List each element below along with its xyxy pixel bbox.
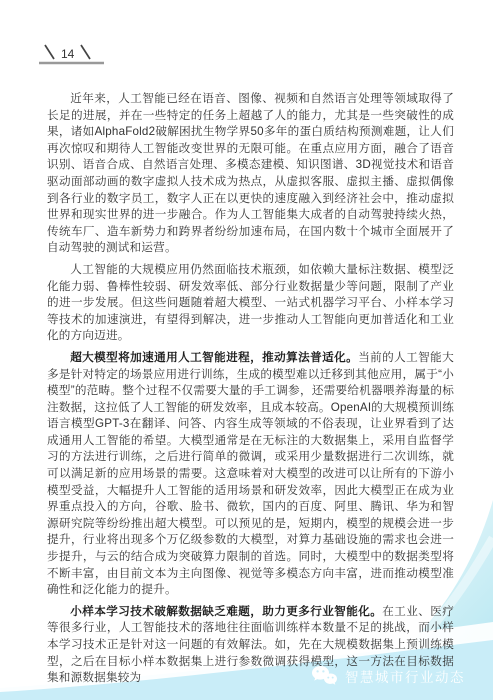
article-body: 近年来，人工智能已经在语音、图像、视频和自然语言处理等领域取得了长足的进展，并在… [47, 91, 454, 692]
paragraph-bold-lead: 小样本学习技术破解数据缺乏难题，助力更多行业智能化。 [70, 605, 382, 618]
wechat-logo-icon [311, 665, 338, 686]
paragraph-bottleneck: 人工智能的大规模应用仍然面临技术瓶颈，如依赖大量标注数据、模型泛化能力弱、鲁棒性… [47, 262, 454, 345]
page-number-text: 14 [61, 47, 75, 61]
paragraph-bold-lead: 超大模型将加速通用人工智能进程，推动算法普适化。 [70, 351, 358, 364]
footer-brand: 智慧城市行业动态 [311, 665, 465, 686]
slash-ornament-right [81, 45, 90, 59]
slash-ornament-left [45, 45, 54, 59]
paragraph-text: 当前的人工智能大多是针对特定的场景应用进行训练，生成的模型难以迁移到其他应用，属… [47, 351, 454, 596]
page-number: 14 [38, 40, 110, 68]
paragraph-large-models: 超大模型将加速通用人工智能进程，推动算法普适化。当前的人工智能大多是针对特定的场… [47, 350, 454, 599]
paragraph-text: 近年来，人工智能已经在语音、图像、视频和自然语言处理等领域取得了长足的进展，并在… [47, 92, 454, 254]
paragraph-text: 人工智能的大规模应用仍然面临技术瓶颈，如依赖大量标注数据、模型泛化能力弱、鲁棒性… [47, 263, 454, 342]
paragraph-intro: 近年来，人工智能已经在语音、图像、视频和自然语言处理等领域取得了长足的进展，并在… [47, 91, 454, 257]
document-page: 14 近年来，人工智能已经在语音、图像、视频和自然语言处理等领域取得了长足的进展… [0, 0, 493, 700]
footer-brand-label: 智慧城市行业动态 [345, 666, 465, 686]
